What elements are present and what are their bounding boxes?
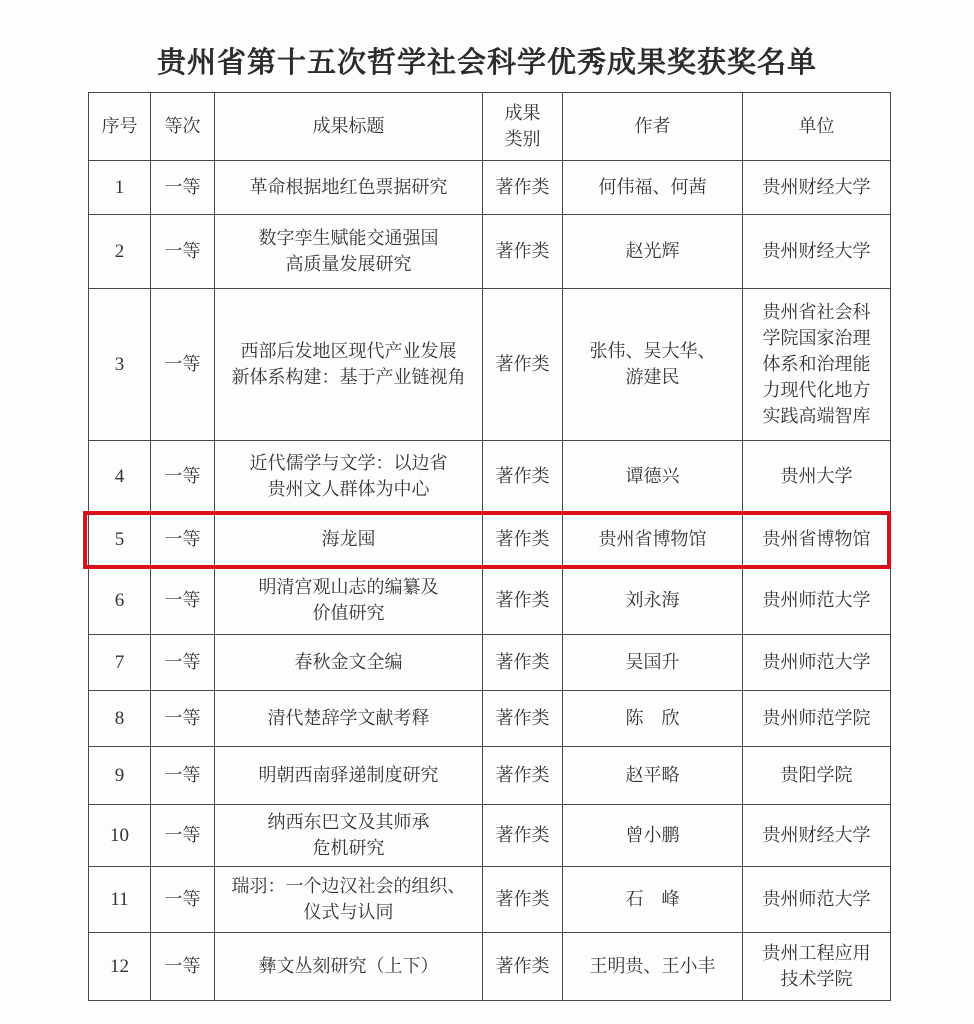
cell-author: 曾小鹏 [563,805,743,867]
cell-category: 著作类 [483,635,563,691]
cell-category: 著作类 [483,441,563,513]
cell-unit-line: 贵州工程应用 [747,941,886,967]
cell-author-line: 石 峰 [567,887,738,913]
cell-unit-line: 力现代化地方 [747,378,886,404]
cell-title-line: 纳西东巴文及其师承 [219,810,478,836]
document-title: 贵州省第十五次哲学社会科学优秀成果奖获奖名单 [0,40,974,81]
cell-title-line: 西部后发地区现代产业发展 [219,339,478,365]
cell-unit-line: 贵州师范大学 [747,588,886,614]
cell-unit-line: 贵州财经大学 [747,175,886,201]
cell-grade: 一等 [151,567,215,635]
table-row: 12一等彝文丛刻研究（上下）著作类王明贵、王小丰贵州工程应用技术学院 [89,933,891,1001]
cell-grade: 一等 [151,441,215,513]
cell-title-line: 仪式与认同 [219,900,478,926]
cell-unit-line: 贵州省博物馆 [747,527,886,553]
cell-title-line: 价值研究 [219,601,478,627]
table-row: 7一等春秋金文全编著作类吴国升贵州师范大学 [89,635,891,691]
cell-title-line: 近代儒学与文学：以边省 [219,451,478,477]
cell-title: 明朝西南驿递制度研究 [215,747,483,805]
cell-title: 近代儒学与文学：以边省贵州文人群体为中心 [215,441,483,513]
cell-title-line: 贵州文人群体为中心 [219,477,478,503]
cell-title-line: 新体系构建：基于产业链视角 [219,365,478,391]
cell-index: 5 [89,513,151,567]
cell-title: 春秋金文全编 [215,635,483,691]
cell-unit-line: 贵州财经大学 [747,239,886,265]
cell-title-line: 海龙囤 [219,527,478,553]
header-category: 成果 类别 [483,93,563,161]
header-category-line1: 成果 [487,101,558,127]
cell-category: 著作类 [483,161,563,215]
header-author: 作者 [563,93,743,161]
cell-title-line: 高质量发展研究 [219,252,478,278]
cell-unit-line: 贵州大学 [747,464,886,490]
cell-author: 赵平略 [563,747,743,805]
cell-title-line: 彝文丛刻研究（上下） [219,954,478,980]
cell-title-line: 清代楚辞学文献考释 [219,706,478,732]
table-row: 11一等瑞羽：一个边汉社会的组织、仪式与认同著作类石 峰贵州师范大学 [89,867,891,933]
cell-author-line: 贵州省博物馆 [567,527,738,553]
cell-author-line: 吴国升 [567,650,738,676]
cell-index: 3 [89,289,151,441]
header-unit: 单位 [743,93,891,161]
cell-title: 瑞羽：一个边汉社会的组织、仪式与认同 [215,867,483,933]
cell-index: 1 [89,161,151,215]
cell-index: 6 [89,567,151,635]
cell-title: 革命根据地红色票据研究 [215,161,483,215]
awards-table: 序号 等次 成果标题 成果 类别 作者 单位 1一等革命根据地红色票据研究著作类… [88,92,891,1001]
cell-author: 张伟、吴大华、游建民 [563,289,743,441]
cell-unit: 贵州师范大学 [743,567,891,635]
cell-author-line: 曾小鹏 [567,823,738,849]
cell-title-line: 革命根据地红色票据研究 [219,175,478,201]
cell-author: 赵光辉 [563,215,743,289]
cell-grade: 一等 [151,867,215,933]
cell-index: 2 [89,215,151,289]
cell-title: 彝文丛刻研究（上下） [215,933,483,1001]
cell-unit: 贵州财经大学 [743,215,891,289]
cell-author: 王明贵、王小丰 [563,933,743,1001]
cell-grade: 一等 [151,805,215,867]
cell-unit-line: 技术学院 [747,967,886,993]
header-title: 成果标题 [215,93,483,161]
cell-index: 9 [89,747,151,805]
cell-unit-line: 贵州师范大学 [747,887,886,913]
cell-title: 西部后发地区现代产业发展新体系构建：基于产业链视角 [215,289,483,441]
cell-author: 何伟福、何茜 [563,161,743,215]
cell-category: 著作类 [483,567,563,635]
header-grade: 等次 [151,93,215,161]
cell-title: 纳西东巴文及其师承危机研究 [215,805,483,867]
cell-unit-line: 贵阳学院 [747,763,886,789]
cell-author-line: 赵光辉 [567,239,738,265]
cell-author: 吴国升 [563,635,743,691]
cell-category: 著作类 [483,215,563,289]
cell-unit: 贵州师范大学 [743,635,891,691]
document-page: 贵州省第十五次哲学社会科学优秀成果奖获奖名单 序号 等次 成果标题 成果 类别 … [0,0,974,1024]
cell-index: 10 [89,805,151,867]
cell-title-line: 明朝西南驿递制度研究 [219,763,478,789]
cell-author: 谭德兴 [563,441,743,513]
table-row: 4一等近代儒学与文学：以边省贵州文人群体为中心著作类谭德兴贵州大学 [89,441,891,513]
cell-author-line: 陈 欣 [567,706,738,732]
table-row: 2一等数字孪生赋能交通强国高质量发展研究著作类赵光辉贵州财经大学 [89,215,891,289]
cell-unit: 贵州大学 [743,441,891,513]
cell-category: 著作类 [483,747,563,805]
cell-unit: 贵州省博物馆 [743,513,891,567]
cell-unit-line: 实践高端智库 [747,404,886,430]
table-body: 1一等革命根据地红色票据研究著作类何伟福、何茜贵州财经大学2一等数字孪生赋能交通… [89,161,891,1001]
cell-title-line: 瑞羽：一个边汉社会的组织、 [219,874,478,900]
cell-unit: 贵州财经大学 [743,805,891,867]
cell-author: 刘永海 [563,567,743,635]
table-row: 9一等明朝西南驿递制度研究著作类赵平略贵阳学院 [89,747,891,805]
cell-title-line: 春秋金文全编 [219,650,478,676]
cell-unit: 贵州财经大学 [743,161,891,215]
cell-category: 著作类 [483,867,563,933]
cell-category: 著作类 [483,933,563,1001]
cell-title: 海龙囤 [215,513,483,567]
cell-author-line: 游建民 [567,365,738,391]
cell-title: 明清宫观山志的编纂及价值研究 [215,567,483,635]
cell-author: 陈 欣 [563,691,743,747]
cell-author-line: 张伟、吴大华、 [567,339,738,365]
header-row: 序号 等次 成果标题 成果 类别 作者 单位 [89,93,891,161]
cell-grade: 一等 [151,289,215,441]
cell-title: 数字孪生赋能交通强国高质量发展研究 [215,215,483,289]
cell-grade: 一等 [151,691,215,747]
table-row: 3一等西部后发地区现代产业发展新体系构建：基于产业链视角著作类张伟、吴大华、游建… [89,289,891,441]
cell-unit-line: 贵州财经大学 [747,823,886,849]
cell-unit: 贵州师范大学 [743,867,891,933]
cell-unit: 贵州工程应用技术学院 [743,933,891,1001]
cell-author-line: 谭德兴 [567,464,738,490]
header-index: 序号 [89,93,151,161]
cell-title-line: 明清宫观山志的编纂及 [219,575,478,601]
cell-unit: 贵阳学院 [743,747,891,805]
cell-author-line: 何伟福、何茜 [567,175,738,201]
cell-grade: 一等 [151,933,215,1001]
cell-unit-line: 贵州省社会科 [747,300,886,326]
table-row: 8一等清代楚辞学文献考释著作类陈 欣贵州师范学院 [89,691,891,747]
table-row: 6一等明清宫观山志的编纂及价值研究著作类刘永海贵州师范大学 [89,567,891,635]
cell-grade: 一等 [151,747,215,805]
cell-category: 著作类 [483,691,563,747]
cell-grade: 一等 [151,635,215,691]
cell-title: 清代楚辞学文献考释 [215,691,483,747]
cell-title-line: 危机研究 [219,836,478,862]
cell-index: 11 [89,867,151,933]
cell-title-line: 数字孪生赋能交通强国 [219,226,478,252]
table-row: 5一等海龙囤著作类贵州省博物馆贵州省博物馆 [89,513,891,567]
cell-unit-line: 体系和治理能 [747,352,886,378]
header-category-line2: 类别 [487,127,558,153]
cell-unit: 贵州师范学院 [743,691,891,747]
cell-unit-line: 贵州师范学院 [747,706,886,732]
cell-category: 著作类 [483,289,563,441]
table-row: 10一等纳西东巴文及其师承危机研究著作类曾小鹏贵州财经大学 [89,805,891,867]
cell-author: 贵州省博物馆 [563,513,743,567]
table-row: 1一等革命根据地红色票据研究著作类何伟福、何茜贵州财经大学 [89,161,891,215]
cell-index: 12 [89,933,151,1001]
cell-index: 7 [89,635,151,691]
cell-unit-line: 贵州师范大学 [747,650,886,676]
cell-unit: 贵州省社会科学院国家治理体系和治理能力现代化地方实践高端智库 [743,289,891,441]
cell-category: 著作类 [483,805,563,867]
cell-author: 石 峰 [563,867,743,933]
cell-index: 8 [89,691,151,747]
cell-author-line: 赵平略 [567,763,738,789]
cell-index: 4 [89,441,151,513]
cell-grade: 一等 [151,513,215,567]
cell-grade: 一等 [151,161,215,215]
cell-grade: 一等 [151,215,215,289]
cell-author-line: 王明贵、王小丰 [567,954,738,980]
cell-category: 著作类 [483,513,563,567]
cell-author-line: 刘永海 [567,588,738,614]
cell-unit-line: 学院国家治理 [747,326,886,352]
